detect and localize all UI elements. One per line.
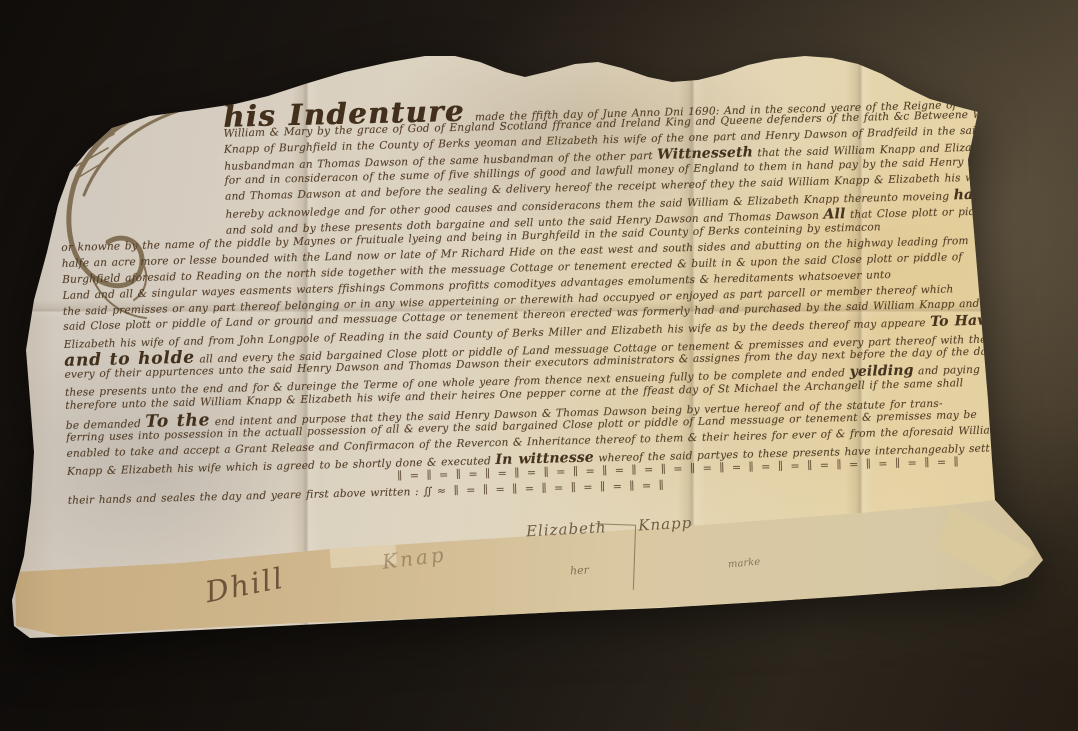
manuscript-text-segment: All	[823, 206, 845, 223]
parchment-document: his Indenturemade the ffifth day of June…	[0, 0, 1078, 731]
mark-bracket	[593, 523, 636, 589]
initial-indent-spacer	[58, 112, 226, 228]
manuscript-text-segment: To Have	[930, 313, 994, 331]
manuscript-text-segment: yeilding	[849, 362, 913, 380]
her-mark-label: her	[570, 564, 590, 578]
photo-background: his Indenturemade the ffifth day of June…	[0, 0, 1078, 731]
manuscript-text: his Indenturemade the ffifth day of June…	[58, 92, 998, 510]
parchment-shadow-wrap: his Indenturemade the ffifth day of June…	[0, 0, 1078, 731]
manuscript-text-segment: Wittnesseth	[657, 145, 753, 163]
manuscript-text-segment: hath bargained	[953, 184, 990, 203]
manuscript-text-segment: and paying	[913, 363, 980, 377]
